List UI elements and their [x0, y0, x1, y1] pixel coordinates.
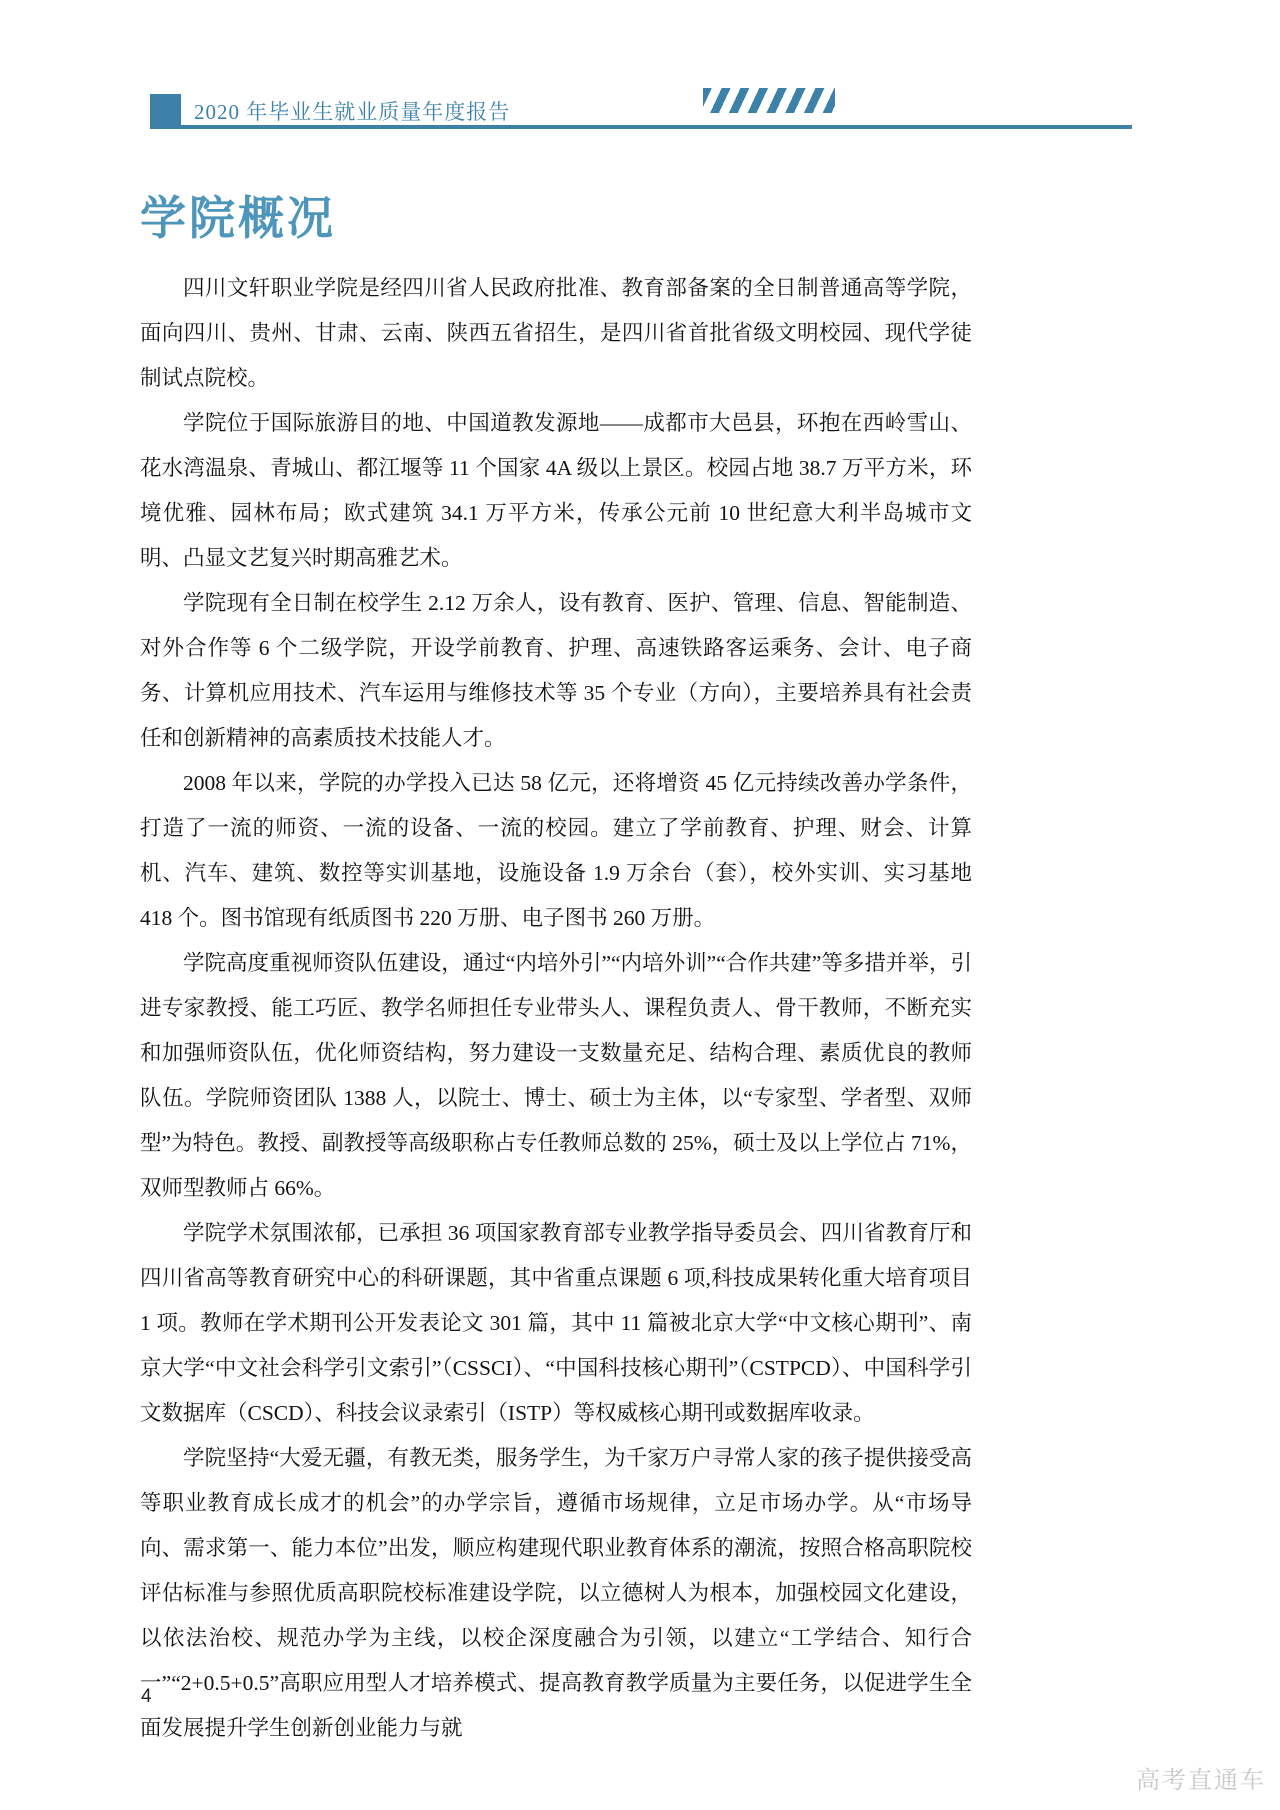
paragraph-intro: 四川文轩职业学院是经四川省人民政府批准、教育部备案的全日制普通高等学院，面向四川… — [140, 266, 972, 401]
paragraph-location-campus: 学院位于国际旅游目的地、中国道教发源地——成都市大邑县，环抱在西岭雪山、花水湾温… — [140, 401, 972, 581]
paragraph-research: 学院学术氛围浓郁，已承担 36 项国家教育部专业教学指导委员会、四川省教育厅和四… — [140, 1211, 972, 1436]
header-divider-rule — [150, 125, 1132, 129]
paragraph-mission: 学院坚持“大爱无疆，有教无类，服务学生，为千家万户寻常人家的孩子提供接受高等职业… — [140, 1436, 972, 1751]
header-accent-square — [150, 94, 181, 125]
paragraph-faculty: 学院高度重视师资队伍建设，通过“内培外引”“内培外训”“合作共建”等多措并举，引… — [140, 941, 972, 1211]
watermark-text: 高考直通车 — [1136, 1760, 1266, 1795]
report-page: 2020 年毕业生就业质量年度报告 学院概况 四川文轩职业学院是经四川省人民政府… — [0, 0, 1280, 1810]
header-diagonal-stripes-icon — [703, 88, 835, 113]
page-number: 4 — [141, 1686, 152, 1708]
page-title: 学院概况 — [140, 182, 336, 248]
body-text-block: 四川文轩职业学院是经四川省人民政府批准、教育部备案的全日制普通高等学院，面向四川… — [140, 266, 972, 1751]
paragraph-students-majors: 学院现有全日制在校学生 2.12 万余人，设有教育、医护、管理、信息、智能制造、… — [140, 581, 972, 761]
paragraph-investment: 2008 年以来，学院的办学投入已达 58 亿元，还将增资 45 亿元持续改善办… — [140, 761, 972, 941]
header-report-title: 2020 年毕业生就业质量年度报告 — [194, 96, 510, 126]
